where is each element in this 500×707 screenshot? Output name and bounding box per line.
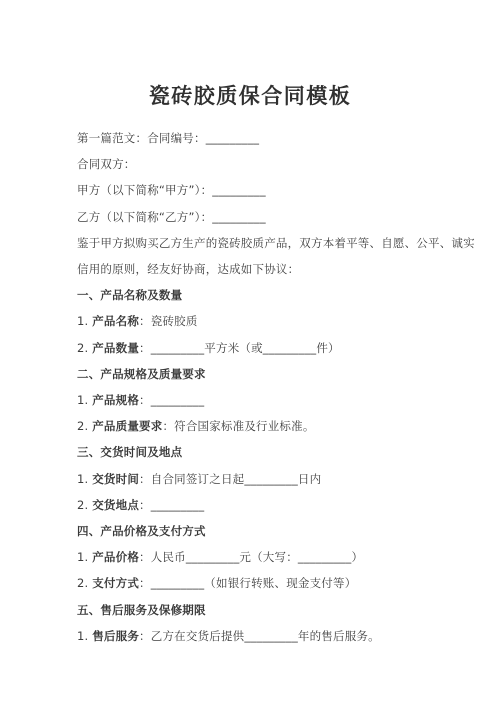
doc-line: 乙方（以下简称“乙方”）：_________: [77, 204, 437, 230]
field-label: 产品价格: [92, 550, 139, 564]
line-text: 信用的原则，经友好协商，达成如下协议：: [77, 262, 299, 276]
field-label: 二、产品规格及质量要求: [77, 367, 206, 381]
doc-line: 2. 产品数量：_________平方米（或_________件）: [77, 335, 437, 361]
line-text: ：_________（如银行转账、现金支付等）: [139, 576, 356, 590]
line-text: ：_________: [139, 393, 204, 407]
line-text: 第一篇范文：合同编号：_________: [77, 131, 259, 145]
document-body: 第一篇范文：合同编号：_________合同双方：甲方（以下简称“甲方”）：__…: [0, 125, 500, 649]
field-label: 产品数量: [92, 341, 139, 355]
field-label: 交货时间: [92, 472, 139, 486]
doc-line: 1. 产品价格：人民币_________元（大写：_________）: [77, 544, 437, 570]
line-text: 1.: [77, 393, 92, 407]
doc-line: 信用的原则，经友好协商，达成如下协议：: [77, 256, 437, 282]
field-label: 产品规格: [92, 393, 139, 407]
line-text: 1.: [77, 629, 92, 643]
line-text: 甲方（以下简称“甲方”）：_________: [77, 183, 266, 197]
field-label: 一、产品名称及数量: [77, 288, 182, 302]
doc-line: 1. 交货时间：自合同签订之日起_________日内: [77, 466, 437, 492]
line-text: ：_________: [139, 498, 204, 512]
field-label: 三、交货时间及地点: [77, 445, 182, 459]
doc-line: 1. 产品名称：瓷砖胶质: [77, 308, 437, 334]
line-text: ：乙方在交货后提供_________年的售后服务。: [139, 629, 380, 643]
field-label: 支付方式: [92, 576, 139, 590]
field-label: 产品质量要求: [92, 419, 162, 433]
doc-line: 2. 支付方式：_________（如银行转账、现金支付等）: [77, 570, 437, 596]
doc-line: 2. 产品质量要求：符合国家标准及行业标准。: [77, 413, 437, 439]
line-text: 合同双方：: [77, 157, 136, 171]
field-label: 交货地点: [92, 498, 139, 512]
line-text: ：符合国家标准及行业标准。: [162, 419, 314, 433]
field-label: 五、售后服务及保修期限: [77, 603, 206, 617]
doc-line: 合同双方：: [77, 151, 437, 177]
line-text: ：_________平方米（或_________件）: [139, 341, 340, 355]
doc-line: 第一篇范文：合同编号：_________: [77, 125, 437, 151]
doc-line: 甲方（以下简称“甲方”）：_________: [77, 177, 437, 203]
document-page: 瓷砖胶质保合同模板 第一篇范文：合同编号：_________合同双方：甲方（以下…: [0, 0, 500, 707]
field-label: 售后服务: [92, 629, 139, 643]
line-text: 2.: [77, 498, 92, 512]
section-header: 五、售后服务及保修期限: [77, 597, 437, 623]
doc-line: 2. 交货地点：_________: [77, 492, 437, 518]
line-text: ：瓷砖胶质: [139, 314, 198, 328]
doc-line: 鉴于甲方拟购买乙方生产的瓷砖胶质产品，双方本着平等、自愿、公平、诚实: [77, 230, 437, 256]
field-label: 产品名称: [92, 314, 139, 328]
section-header: 二、产品规格及质量要求: [77, 361, 437, 387]
line-text: 鉴于甲方拟购买乙方生产的瓷砖胶质产品，双方本着平等、自愿、公平、诚实: [77, 236, 475, 250]
line-text: 乙方（以下简称“乙方”）：_________: [77, 210, 266, 224]
line-text: ：自合同签订之日起_________日内: [139, 472, 321, 486]
line-text: 2.: [77, 341, 92, 355]
line-text: 1.: [77, 472, 92, 486]
line-text: ：人民币_________元（大写：_________）: [139, 550, 363, 564]
section-header: 一、产品名称及数量: [77, 282, 437, 308]
line-text: 2.: [77, 576, 92, 590]
field-label: 四、产品价格及支付方式: [77, 524, 206, 538]
section-header: 三、交货时间及地点: [77, 439, 437, 465]
line-text: 1.: [77, 314, 92, 328]
section-header: 四、产品价格及支付方式: [77, 518, 437, 544]
line-text: 1.: [77, 550, 92, 564]
document-title: 瓷砖胶质保合同模板: [0, 83, 500, 109]
doc-line: 1. 售后服务：乙方在交货后提供_________年的售后服务。: [77, 623, 437, 649]
doc-line: 1. 产品规格：_________: [77, 387, 437, 413]
line-text: 2.: [77, 419, 92, 433]
